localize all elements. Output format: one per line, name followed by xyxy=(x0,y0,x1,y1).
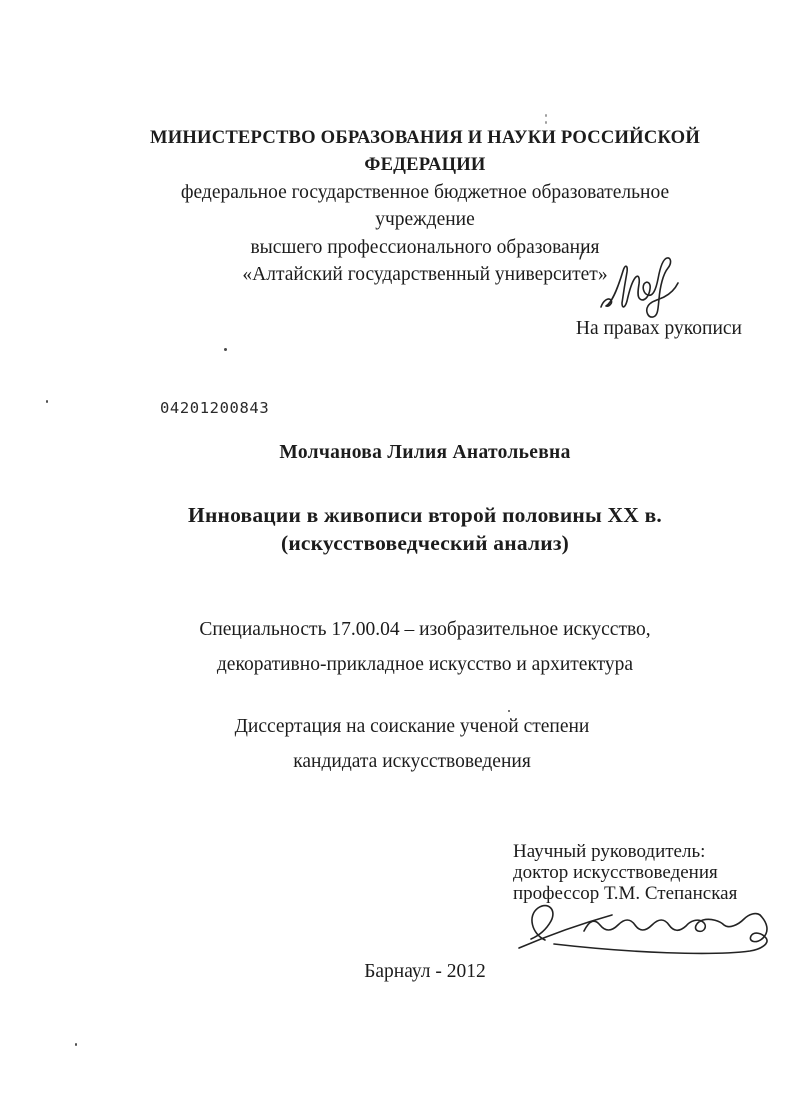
institution-line-1: федеральное государственное бюджетное об… xyxy=(130,179,720,234)
imprint-city-year: Барнаул - 2012 xyxy=(130,961,720,983)
registration-number: 04201200843 xyxy=(160,399,269,417)
pen-tick-mark xyxy=(577,246,589,262)
author-name: Молчанова Лилия Анатольевна xyxy=(130,442,720,464)
manuscript-rights-note: На правах рукописи xyxy=(520,318,742,340)
title-line-1: Инновации в живописи второй половины XX … xyxy=(130,502,720,530)
specialty-line-2: декоративно-прикладное искусство и архит… xyxy=(130,648,720,683)
dissertation-title: Инновации в живописи второй половины XX … xyxy=(130,502,720,557)
scan-artifact-dot xyxy=(46,400,48,403)
scan-artifact-dot xyxy=(224,348,227,351)
supervisor-label: Научный руководитель: xyxy=(513,842,737,863)
title-line-2: (искусствоведческий анализ) xyxy=(130,530,720,558)
degree-line-2: кандидата искусствоведения xyxy=(117,745,707,780)
supervisor-signature-icon xyxy=(512,898,774,958)
specialty-line-1: Специальность 17.00.04 – изобразительное… xyxy=(130,613,720,648)
scan-artifact-dot xyxy=(545,121,547,124)
scan-artifact-dot xyxy=(545,114,547,117)
supervisor-degree: доктор искусствоведения xyxy=(513,863,737,884)
specialty-block: Специальность 17.00.04 – изобразительное… xyxy=(130,613,720,682)
scan-artifact-dot xyxy=(75,1043,77,1046)
author-signature-icon xyxy=(593,256,681,320)
degree-statement: Диссертация на соискание ученой степени … xyxy=(117,710,707,779)
ministry-line: МИНИСТЕРСТВО ОБРАЗОВАНИЯ И НАУКИ РОССИЙС… xyxy=(130,124,720,179)
dissertation-title-page: МИНИСТЕРСТВО ОБРАЗОВАНИЯ И НАУКИ РОССИЙС… xyxy=(0,0,791,1104)
degree-line-1: Диссертация на соискание ученой степени xyxy=(117,710,707,745)
supervisor-block: Научный руководитель: доктор искусствове… xyxy=(513,842,737,905)
